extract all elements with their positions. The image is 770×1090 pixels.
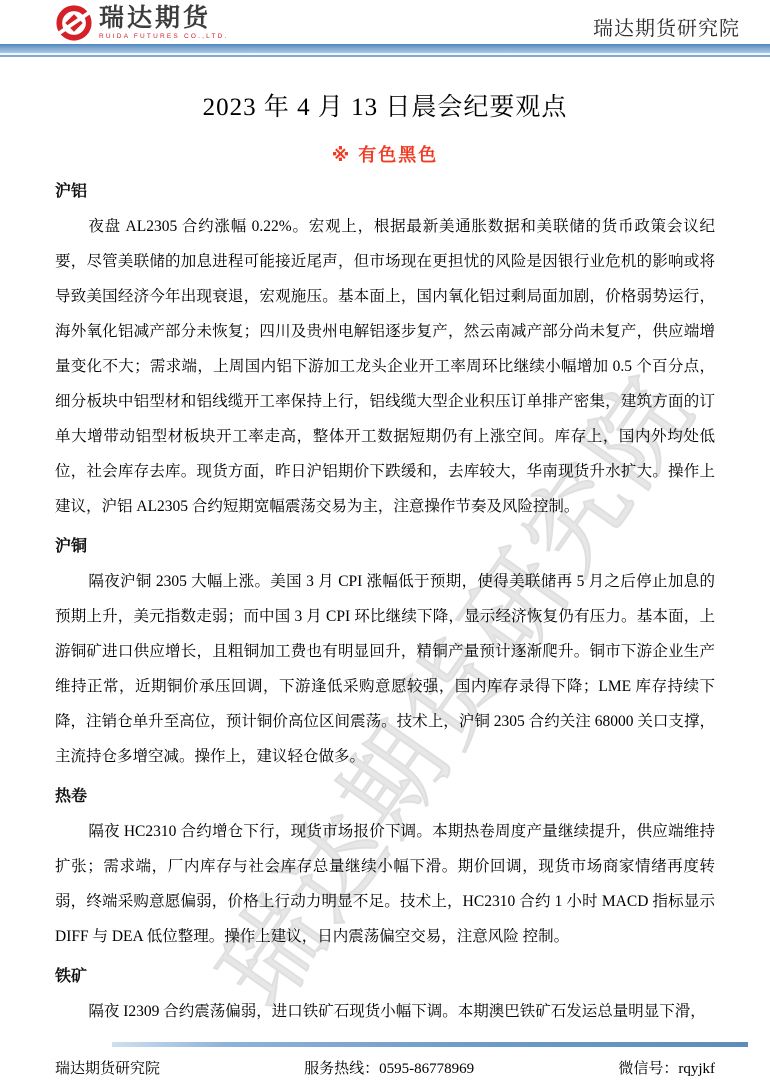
document-body: 2023 年 4 月 13 日晨会纪要观点 ※ 有色黑色 沪铝 夜盘 AL230… — [0, 93, 770, 1029]
section-paragraph-tiekuang: 隔夜 I2309 合约震荡偏弱，进口铁矿石现货小幅下调。本期澳巴铁矿石发运总量明… — [55, 994, 715, 1029]
company-logo: 瑞达期货 RUIDA FUTURES CO.,LTD. — [55, 4, 229, 42]
footer-wechat: 微信号：rqyjkf — [618, 1057, 715, 1078]
header-institute-title: 瑞达期货研究院 — [593, 12, 740, 42]
page-header: 瑞达期货 RUIDA FUTURES CO.,LTD. 瑞达期货研究院 — [0, 0, 770, 44]
category-subtitle: ※ 有色黑色 — [55, 143, 715, 167]
section-heading-hutong: 沪铜 — [55, 536, 715, 558]
page-title: 2023 年 4 月 13 日晨会纪要观点 — [55, 93, 715, 123]
page-footer: 瑞达期货研究院 服务热线：0595-86778969 微信号：rqyjkf — [0, 1042, 770, 1090]
section-paragraph-rejuan: 隔夜 HC2310 合约增仓下行，现货市场报价下调。本期热卷周度产量继续提升，供… — [55, 814, 715, 954]
header-divider-bar — [0, 44, 770, 57]
section-paragraph-hulv: 夜盘 AL2305 合约涨幅 0.22%。宏观上，根据最新美通胀数据和美联储的货… — [55, 209, 715, 524]
footer-institute: 瑞达期货研究院 — [55, 1057, 160, 1078]
brand-name-cn: 瑞达期货 — [99, 6, 229, 31]
section-heading-rejuan: 热卷 — [55, 786, 715, 808]
section-paragraph-hutong: 隔夜沪铜 2305 大幅上涨。美国 3 月 CPI 涨幅低于预期，使得美联储再 … — [55, 564, 715, 774]
ruida-logo-icon — [55, 4, 93, 42]
section-heading-hulv: 沪铝 — [55, 181, 715, 203]
logo-text: 瑞达期货 RUIDA FUTURES CO.,LTD. — [99, 6, 229, 41]
footer-hotline: 服务热线：0595-86778969 — [304, 1057, 474, 1078]
section-heading-tiekuang: 铁矿 — [55, 966, 715, 988]
brand-name-en: RUIDA FUTURES CO.,LTD. — [99, 34, 229, 41]
